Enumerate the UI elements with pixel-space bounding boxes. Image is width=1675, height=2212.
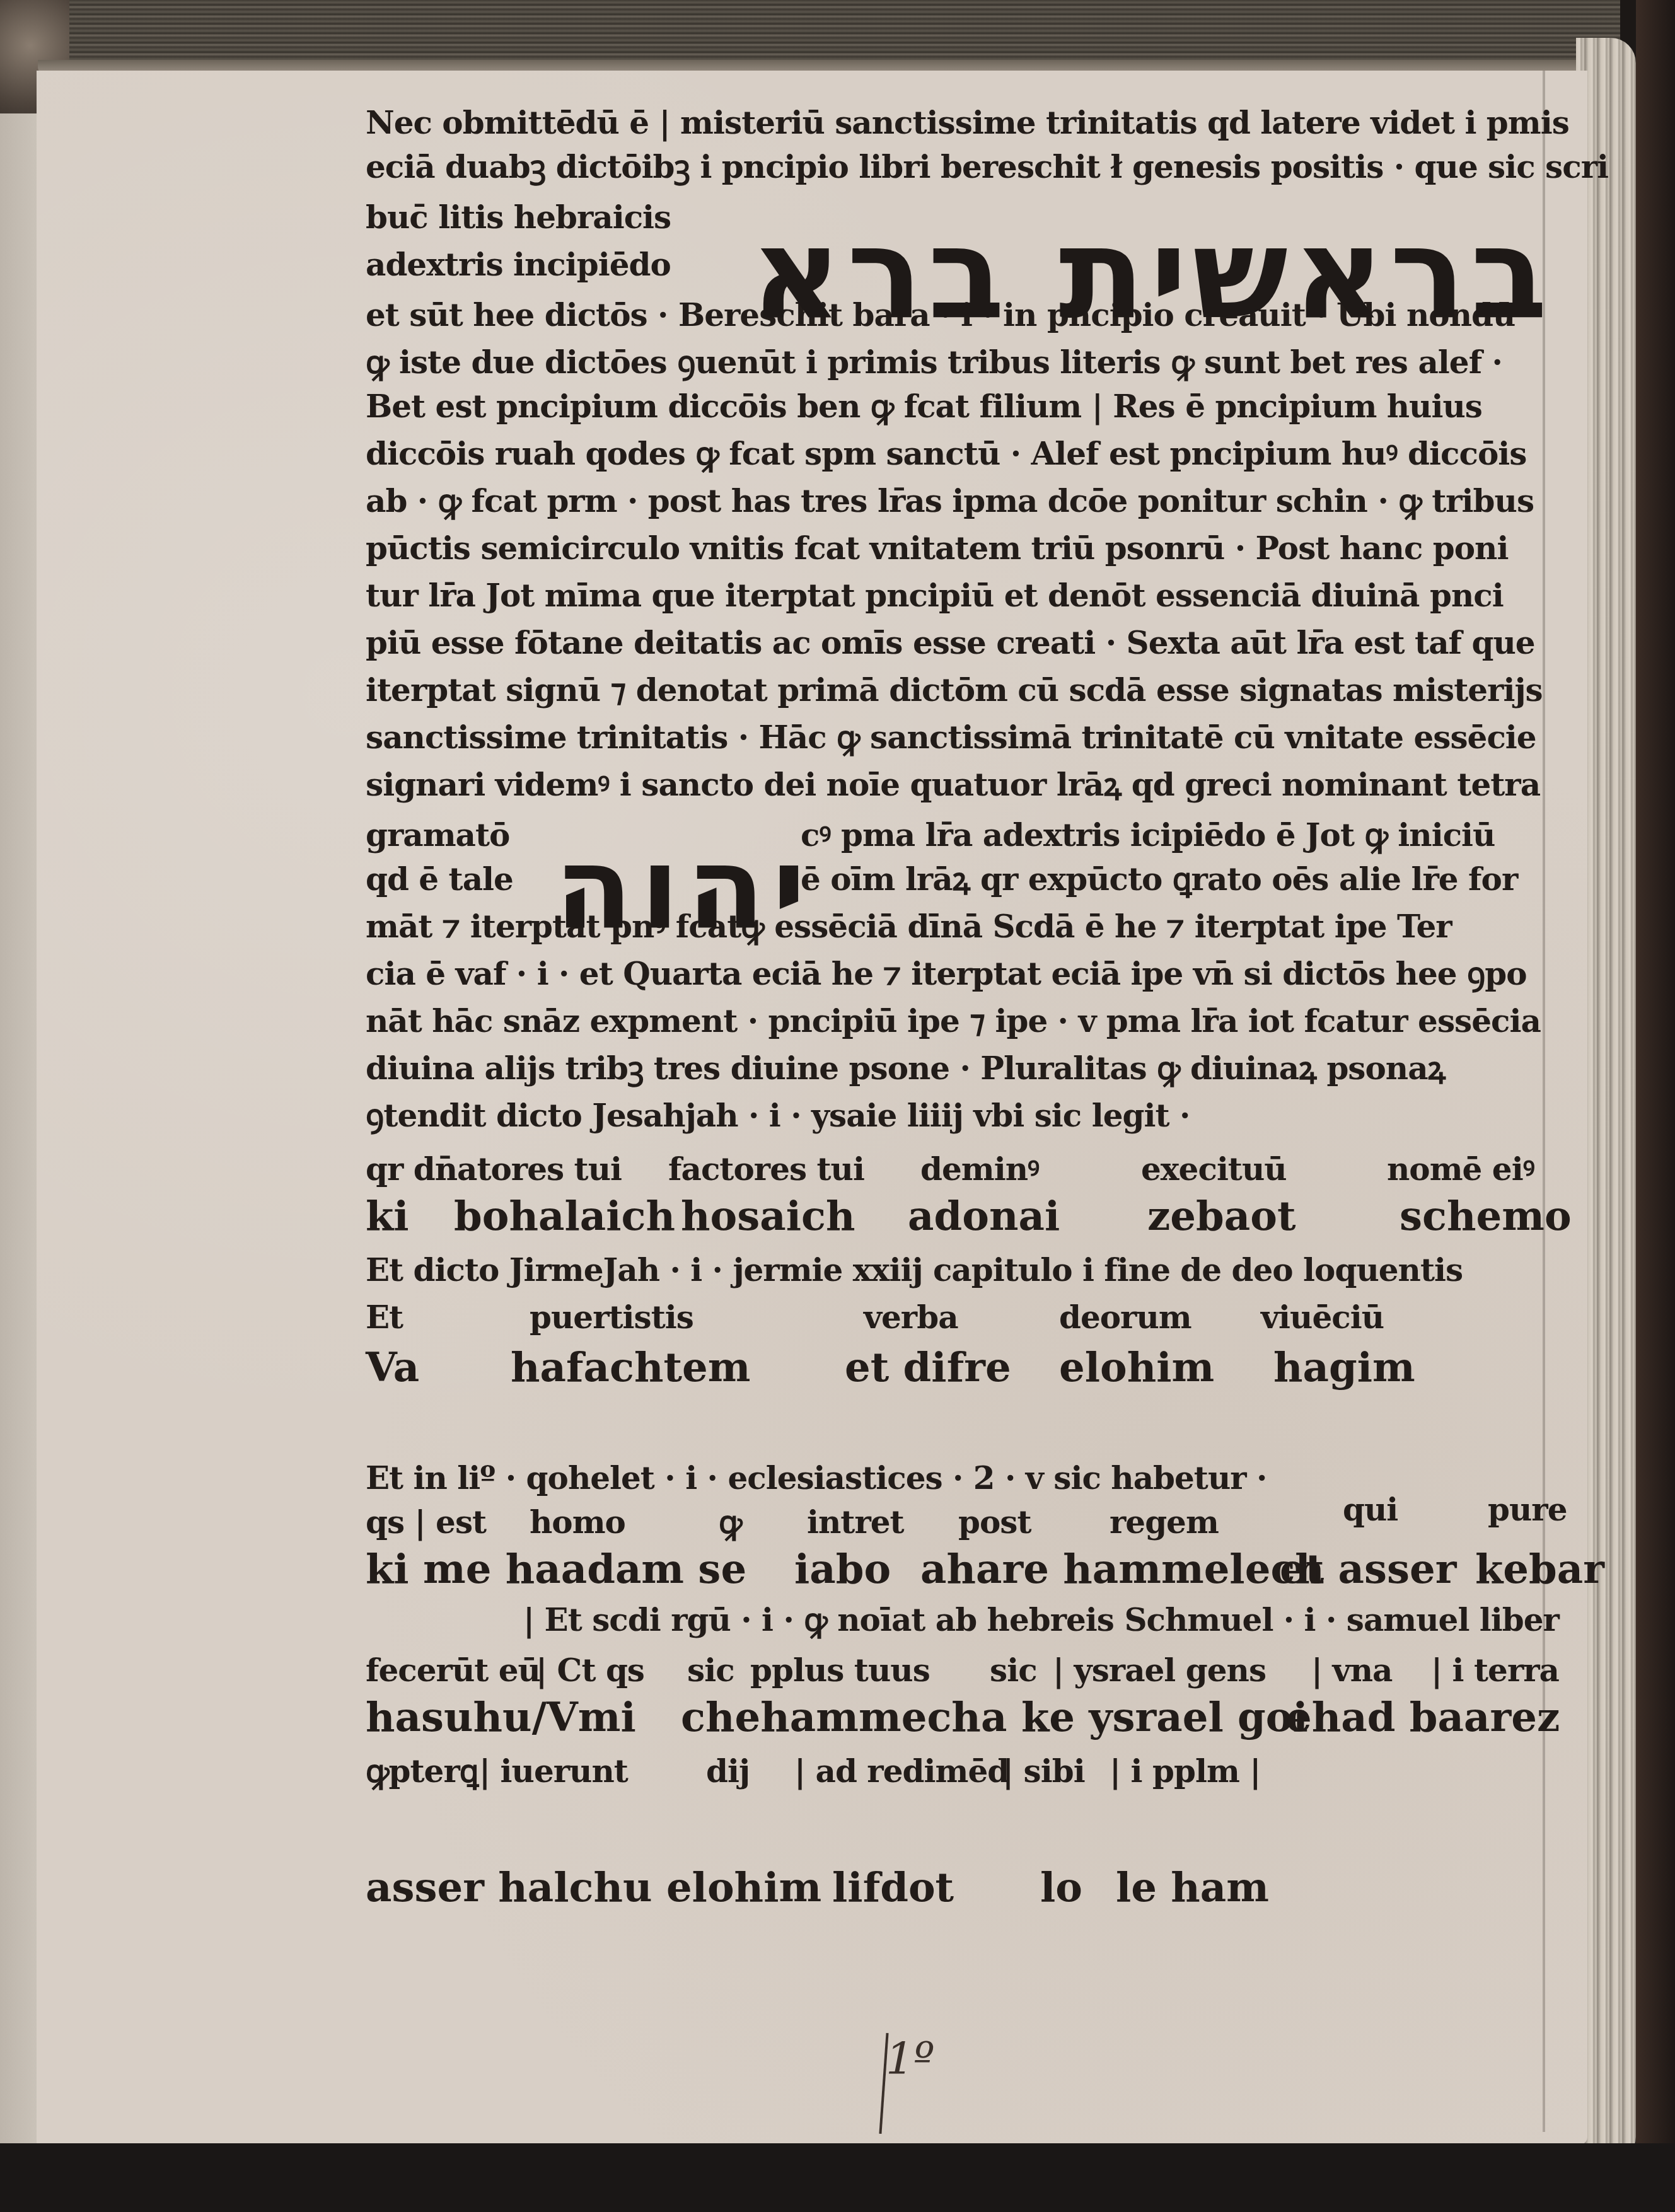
- text-line-9: ab · ꝙ fcat prm · post has tres lr̄as ip…: [366, 482, 1534, 520]
- text-line-23: diuina alijs tribꝫ tres diuine psone · P…: [366, 1050, 1446, 1087]
- gloss-latin: viuēciū: [1261, 1299, 1384, 1336]
- gloss-latin: Et: [366, 1299, 403, 1336]
- hebrew-transliteration: lo: [1040, 1869, 1082, 1907]
- text-line-11: tur lr̄a Jot mīma que iterptat pncipiū e…: [366, 577, 1504, 615]
- hebrew-transliteration: Va: [366, 1349, 419, 1387]
- text-line-14: sanctissime trinitatis · Hāc ꝙ sanctissi…: [366, 719, 1536, 756]
- hebrew-transliteration: ke ysrael goi: [1021, 1699, 1308, 1737]
- gloss-latin: factores tui: [668, 1150, 864, 1188]
- gloss-latin: ꝙpterꝗ: [366, 1752, 478, 1790]
- hebrew-heading-bereshit-bara: בראשית ברא: [750, 208, 1553, 340]
- gloss-latin: | i pplm |: [1110, 1752, 1260, 1790]
- gloss-latin: nomē eiꝰ: [1387, 1150, 1534, 1188]
- hebrew-transliteration: bohalaich: [454, 1198, 675, 1236]
- gloss-latin: intret: [807, 1503, 904, 1541]
- gloss-latin: qr dn̄atores tui: [366, 1150, 622, 1188]
- hebrew-transliteration: hagim: [1273, 1349, 1415, 1387]
- gloss-latin: | ad redimēd: [794, 1752, 1009, 1790]
- gloss-latin: | sibi: [1002, 1752, 1085, 1790]
- text-line-16: gramatō: [366, 816, 509, 854]
- hebrew-transliteration: elohim: [1059, 1349, 1214, 1387]
- text-line-24: ꝯtendit dicto Jesahjah · i · ysaie liiij…: [366, 1097, 1190, 1135]
- gloss-latin: sic: [687, 1652, 734, 1689]
- gloss-latin: regem: [1110, 1503, 1219, 1541]
- text-line-1: Nec obmittēdū ē | misteriū sanctissime t…: [366, 104, 1569, 142]
- gloss-latin: deminꝰ: [920, 1150, 1039, 1188]
- folio-number: 1º: [886, 2033, 934, 2085]
- citation-line: | Et scdi rgū · i · ꝙ noīat ab hebreis S…: [523, 1601, 1559, 1639]
- gloss-latin: pplus tuus: [750, 1652, 930, 1689]
- hebrew-transliteration: adonai: [908, 1198, 1060, 1236]
- text-line-2: eciā duabꝫ dictōibꝫ i pncipio libri bere…: [366, 148, 1608, 186]
- hebrew-transliteration: hosaich: [681, 1198, 855, 1236]
- text-line-12: piū esse fōtane deitatis ac omīs esse cr…: [366, 624, 1535, 662]
- text-line-17: cꝰ pma lr̄a adextris icipiēdo ē Jot ꝙ in…: [801, 816, 1495, 854]
- text-line-6: ꝙ iste due dictōes ꝯuenūt i primis tribu…: [366, 344, 1502, 381]
- gloss-latin: execituū: [1141, 1150, 1287, 1188]
- gloss-latin: | vna: [1311, 1652, 1392, 1689]
- citation-line: Et dicto JirmeJah · i · jermie xxiij cap…: [366, 1251, 1463, 1289]
- gloss-latin: fecerūt eū: [366, 1652, 540, 1689]
- hebrew-transliteration: chehammecha: [681, 1699, 1007, 1737]
- text-line-19: ē oīm lrāꝝ qr expūcto ꝗrato oēs alie lr̄…: [801, 860, 1517, 898]
- text-line-22: nāt hāc snāz expment · pncipiū ipe ⁊ ipe…: [366, 1002, 1541, 1040]
- gloss-latin: | Ct qs: [536, 1652, 644, 1689]
- hebrew-transliteration: ahare hammelech: [920, 1551, 1324, 1589]
- text-line-3: buc̄ litis hebraicis: [366, 199, 671, 236]
- hebrew-transliteration: hasuhu/Vmi: [366, 1699, 636, 1737]
- hebrew-transliteration: hafachtem: [511, 1349, 751, 1387]
- hebrew-transliteration: le ham: [1116, 1869, 1269, 1907]
- gloss-latin: dij: [706, 1752, 750, 1790]
- hebrew-transliteration: et asser: [1280, 1551, 1457, 1589]
- hebrew-transliteration: et difre: [845, 1349, 1011, 1387]
- background-right: [1636, 0, 1675, 2212]
- background-bottom: [0, 2143, 1675, 2212]
- gloss-latin: | i terra: [1431, 1652, 1559, 1689]
- text-line-20: māt ⁊ iterptat pnꝰ fcatꝙ essēciā dīnā Sc…: [366, 908, 1452, 946]
- gloss-latin: qs | est: [366, 1503, 486, 1541]
- gloss-latin: sic: [990, 1652, 1037, 1689]
- citation-line: Et in liº · qohelet · i · eclesiastices …: [366, 1459, 1266, 1497]
- gloss-latin: deorum: [1059, 1299, 1191, 1336]
- text-line-18: qd ē tale: [366, 860, 513, 898]
- hebrew-transliteration: lifdot: [832, 1869, 954, 1907]
- text-line-7: Bet est pncipium diccōis ben ꝙ fcat fili…: [366, 388, 1482, 426]
- hebrew-transliteration: iabo: [794, 1551, 891, 1589]
- gloss-latin: pure: [1488, 1491, 1567, 1529]
- text-line-15: signari videmꝰ i sancto dei noīe quatuor…: [366, 766, 1540, 804]
- text-line-4: adextris incipiēdo: [366, 246, 671, 284]
- hebrew-transliteration: ehad baarez: [1286, 1699, 1560, 1737]
- gloss-latin: | ysrael gens: [1053, 1652, 1266, 1689]
- text-line-8: diccōis ruah qodes ꝙ fcat spm sanctū · A…: [366, 435, 1526, 473]
- text-line-21: cia ē vaf · i · et Quarta eciā he ⁊ iter…: [366, 955, 1527, 993]
- gloss-latin: post: [958, 1503, 1031, 1541]
- hebrew-transliteration: asser halchu elohim: [366, 1869, 821, 1907]
- hebrew-transliteration: ki: [366, 1198, 409, 1236]
- gloss-latin: qui: [1343, 1491, 1398, 1529]
- hebrew-transliteration: kebar: [1475, 1551, 1604, 1589]
- hebrew-transliteration: ki me haadam se: [366, 1551, 746, 1589]
- gloss-latin: homo: [530, 1503, 625, 1541]
- hebrew-transliteration: zebaot: [1147, 1198, 1296, 1236]
- text-line-13: iterptat signū ⁊ denotat primā dictōm cū…: [366, 671, 1543, 709]
- gloss-latin: verba: [864, 1299, 958, 1336]
- hebrew-transliteration: schemo: [1400, 1198, 1572, 1236]
- hebrew-tetragrammaton: יהוה: [555, 829, 813, 949]
- text-line-10: pūctis semicirculo vnitis fcat vnitatem …: [366, 530, 1508, 567]
- gloss-latin: ꝙ: [719, 1503, 742, 1541]
- page-edge-line: [1543, 71, 1545, 2132]
- gloss-latin: puertistis: [530, 1299, 693, 1336]
- gloss-latin: | iuerunt: [479, 1752, 628, 1790]
